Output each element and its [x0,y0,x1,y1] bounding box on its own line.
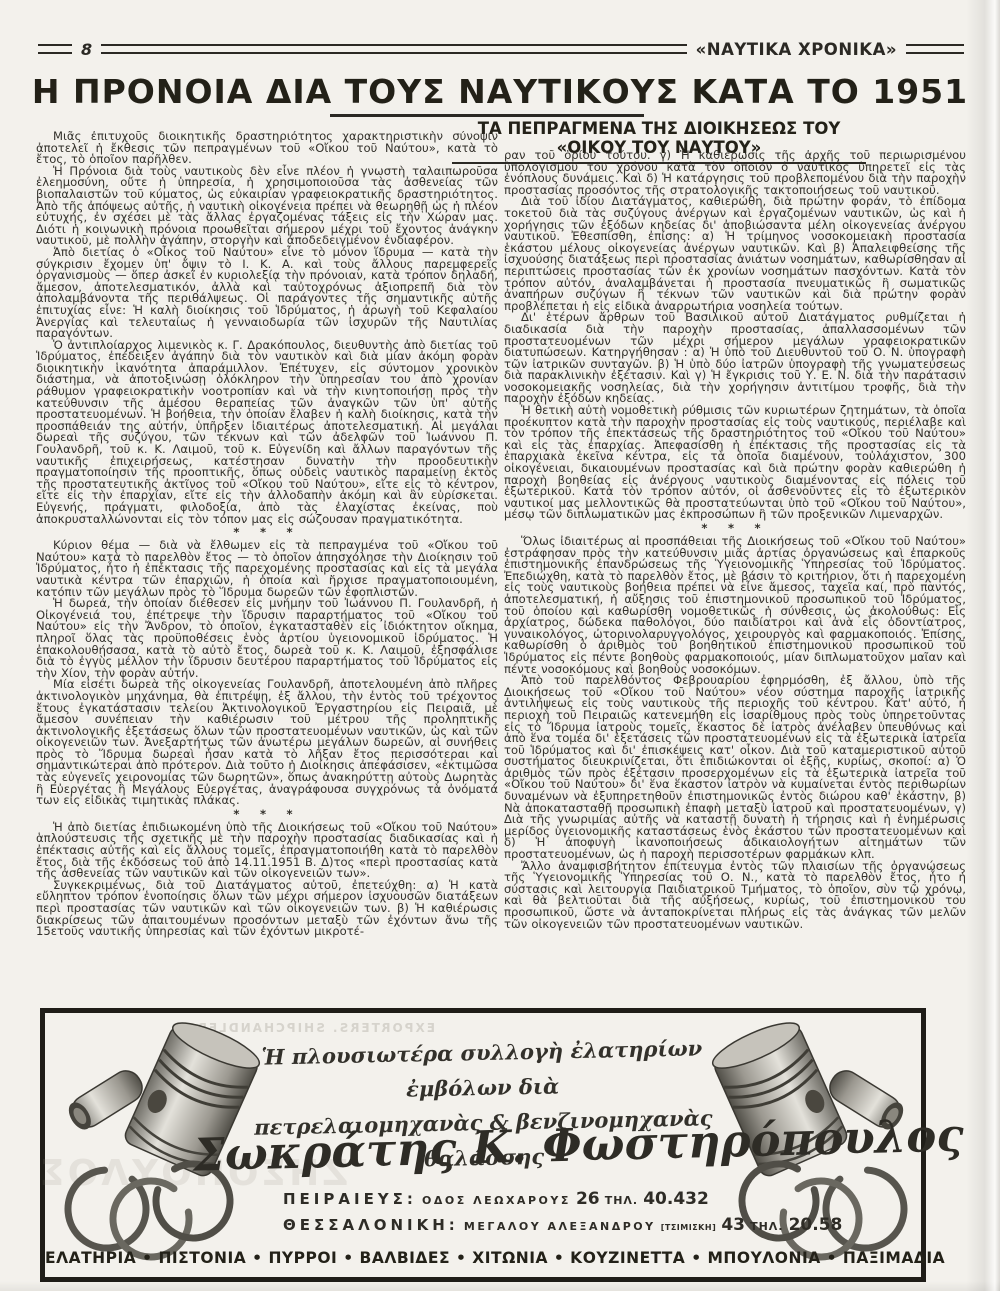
address-street-note: [ΤΣΙΜΙΣΚΗ] [661,1223,717,1232]
address-city: ΠΕΙΡΑΙΕΥΣ: [283,1190,417,1208]
address-piraeus: ΠΕΙΡΑΙΕΥΣ: ΟΔΟΣ ΛΕΩΧΑΡΟΥΣ 26 ΤΗΛ. 40.432 [283,1189,723,1209]
address-number: 43 [721,1215,745,1235]
advertisement-box: EXPORTERS. SHIPCHANDLERS ΖΗΣΟΠΟΥΛΟΣ [40,1008,926,1282]
paragraph: Ἡ δωρεά, τὴν ὁποίαν διέθεσεν εἰς μνήμην … [36,598,498,679]
address-tel-label: ΤΗΛ. [750,1220,783,1233]
paragraph: Ἄλλο ἀναμφισβήτητον ἐπίτευγμα ἐντὸς τῶν … [504,861,966,931]
header-rule-left [38,44,72,54]
paragraph: Δι' ἑτέρων ἄρθρων τοῦ Βασιλικοῦ αὐτοῦ Δι… [504,312,966,405]
address-number: 26 [576,1189,600,1209]
article-column-left: Μιᾶς ἐπιτυχοῦς διοικητικῆς δραστηριότητο… [36,131,498,1003]
ad-tagline-line1: Ἡ πλουσιωτέρα συλλογὴ ἐλατηρίων ἐμβόλων … [244,1030,721,1110]
paragraph: Ὅλως ἰδιαιτέρως αἱ προσπάθειαι τῆς Διοικ… [504,536,966,675]
header-rule-middle [101,44,686,54]
masthead-title: «ΝΑΥΤΙΚΑ ΧΡΟΝΙΚΑ» [696,40,897,59]
paragraph: ραν τοῦ ὁρίου τούτου. γ) Ἡ καθιέρωσις τῆ… [504,150,966,196]
article-column-right: ραν τοῦ ὁρίου τούτου. γ) Ἡ καθιέρωσις τῆ… [504,150,966,1006]
section-separator: * * * [36,808,498,821]
address-street: ΟΔΟΣ ΛΕΩΧΑΡΟΥΣ [422,1194,571,1207]
header-rule-right [906,44,964,54]
paragraph: Συγκεκριμένως, διὰ τοῦ Διατάγματος αὐτοῦ… [36,880,498,938]
ad-product-list: ΕΛΑΤΗΡΙΑ • ΠΙΣΤΟΝΙΑ • ΠΥΡΡΟΙ • ΒΑΛΒΙΔΕΣ … [45,1249,921,1267]
title-underline [330,114,644,117]
paragraph: Ἡ ἀπὸ διετίας ἐπιδιωκομένη ὑπὸ τῆς Διοικ… [36,822,498,880]
address-tel-label: ΤΗΛ. [605,1194,638,1207]
paragraph: Ἡ θετικὴ αὐτὴ νομοθετικὴ ρύθμισις τῶν κυ… [504,405,966,521]
paragraph: Κύριον θέμα — διὰ νὰ ἔλθωμεν εἰς τὰ πεπρ… [36,540,498,598]
paragraph: Μία εἰσέτι δωρεὰ τῆς οἰκογενείας Γουλανδ… [36,679,498,807]
ad-addresses: ΠΕΙΡΑΙΕΥΣ: ΟΔΟΣ ΛΕΩΧΑΡΟΥΣ 26 ΤΗΛ. 40.432… [283,1189,723,1241]
magazine-page: 8 «ΝΑΥΤΙΚΑ ΧΡΟΝΙΚΑ» Η ΠΡΟΝΟΙΑ ΔΙΑ ΤΟΥΣ Ν… [0,0,1000,1291]
article-title: Η ΠΡΟΝΟΙΑ ΔΙΑ ΤΟΥΣ ΝΑΥΤΙΚΟΥΣ ΚΑΤΑ ΤΟ 195… [0,72,1000,111]
paragraph: Διὰ τοῦ ἰδίου Διατάγματος, καθιερώθη, δι… [504,196,966,312]
address-street: ΜΕΓΑΛΟΥ ΑΛΕΞΑΝΔΡΟΥ [464,1220,656,1233]
address-tel: 20.58 [789,1215,843,1235]
address-salonika: ΘΕΣΣΑΛΟΝΙΚΗ: ΜΕΓΑΛΟΥ ΑΛΕΞΑΝΔΡΟΥ [ΤΣΙΜΙΣΚ… [283,1215,723,1235]
page-number: 8 [81,40,92,59]
paragraph: Ὁ ἀντιπλοίαρχος λιμενικὸς κ. Γ. Δρακόπου… [36,340,498,526]
paragraph: Ἡ Πρόνοια διὰ τοὺς ναυτικοὺς δὲν εἶνε πλ… [36,166,498,247]
paragraph: Μιᾶς ἐπιτυχοῦς διοικητικῆς δραστηριότητο… [36,131,498,166]
paragraph: Ἀπὸ τοῦ παρελθόντος Φεβρουαρίου ἐφηρμόσθ… [504,675,966,861]
address-tel: 40.432 [643,1189,709,1209]
paragraph: Ἀπὸ διετίας ὁ «Οἶκος τοῦ Ναύτου» εἶνε τὸ… [36,247,498,340]
address-city: ΘΕΣΣΑΛΟΝΙΚΗ: [283,1216,459,1234]
page-header: 8 «ΝΑΥΤΙΚΑ ΧΡΟΝΙΚΑ» [38,40,964,58]
